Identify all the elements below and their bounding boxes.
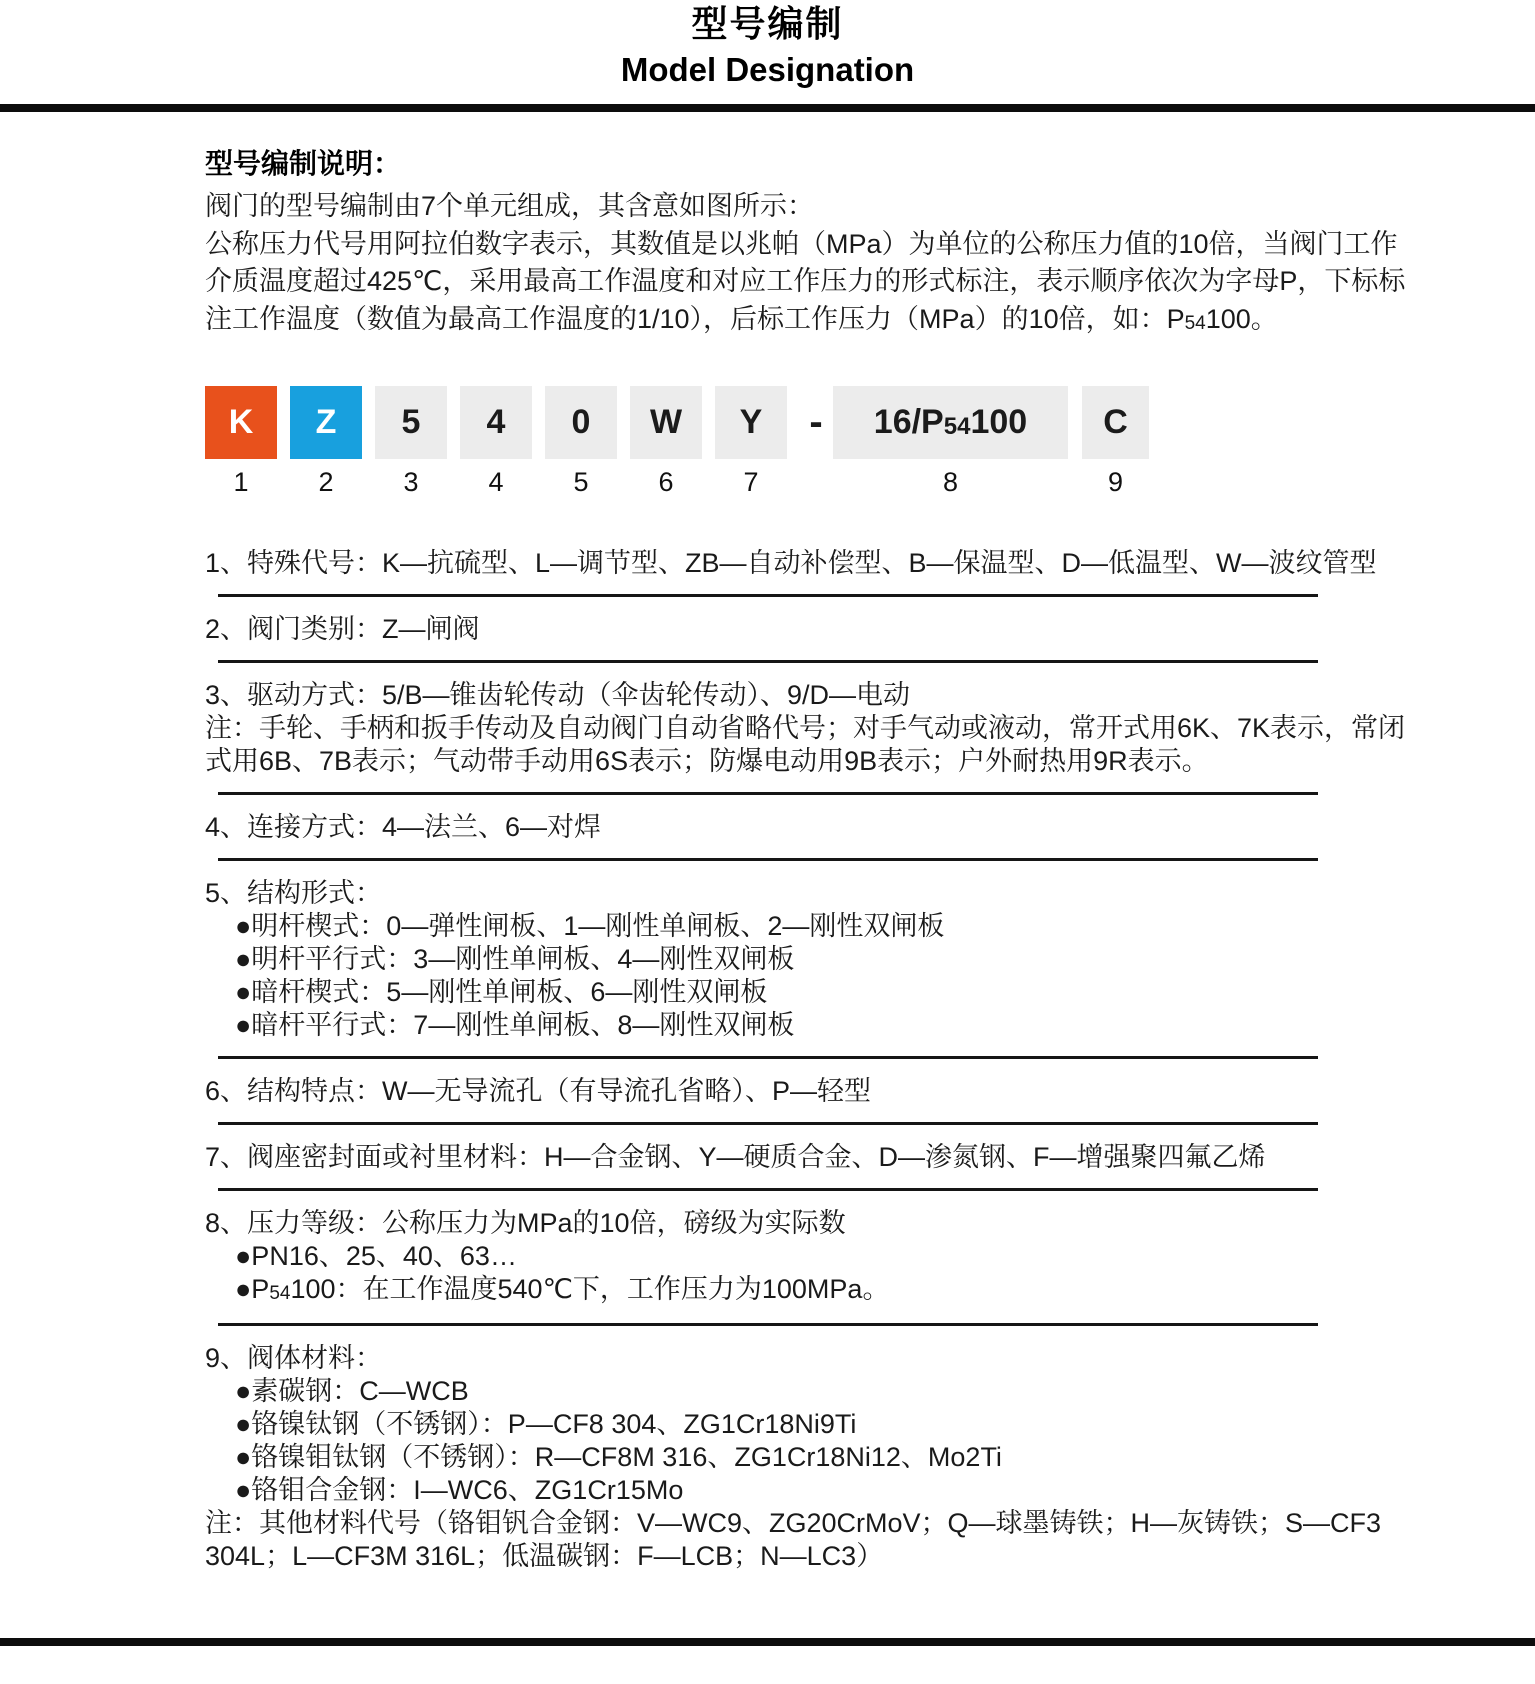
code-box-structure: 0 — [545, 386, 617, 459]
section-9-note-line-1: 注：其他材料代号（铬钼钒合金钢：V—WC9、ZG20CrMoV；Q—球墨铸铁；H… — [205, 1507, 1435, 1540]
intro-line-4-pre: 注工作温度（数值为最高工作温度的1/10），后标工作压力（MPa）的10倍，如：… — [205, 304, 1185, 334]
code-cell-7: Y 7 — [715, 386, 787, 499]
section-5-bullet-3: ●暗杆楔式：5—刚性单闸板、6—刚性双闸板 — [205, 976, 1435, 1009]
section-9-bullet-2: ●铬镍钛钢（不锈钢）：P—CF8 304、ZG1Cr18Ni9Ti — [205, 1408, 1435, 1441]
code-num-7: 7 — [743, 465, 758, 499]
code-box-body-material: C — [1082, 386, 1149, 459]
code-box-valve-type: Z — [290, 386, 362, 459]
section-9-body-material: 9、阀体材料： ●素碳钢：C—WCB ●铬镍钛钢（不锈钢）：P—CF8 304、… — [205, 1326, 1435, 1587]
section-3-line-1: 3、驱动方式：5/B—锥齿轮传动（伞齿轮传动）、9/D—电动 — [205, 679, 1435, 712]
section-8-pressure-rating: 8、压力等级：公称压力为MPa的10倍，磅级为实际数 ●PN16、25、40、6… — [205, 1191, 1435, 1323]
section-4-text: 4、连接方式：4—法兰、6—对焊 — [205, 811, 1435, 844]
code-cell-2: Z 2 — [290, 386, 362, 499]
intro-heading: 型号编制说明： — [205, 146, 1435, 182]
code-box-connection: 4 — [460, 386, 532, 459]
pressure-pre: 16/P — [874, 403, 944, 441]
section-6-text: 6、结构特点：W—无导流孔（有导流孔省略）、P—轻型 — [205, 1075, 1435, 1108]
code-num-2: 2 — [318, 465, 333, 499]
intro-line-1: 阀门的型号编制由7个单元组成，其含意如图所示： — [205, 188, 1435, 226]
code-box-feature: W — [630, 386, 702, 459]
section-1-text: 1、特殊代号：K—抗硫型、L—调节型、ZB—自动补偿型、B—保温型、D—低温型、… — [205, 547, 1435, 580]
section-4-connection: 4、连接方式：4—法兰、6—对焊 — [205, 795, 1435, 858]
section-9-bullet-3: ●铬镍钼钛钢（不锈钢）：R—CF8M 316、ZG1Cr18Ni12、Mo2Ti — [205, 1441, 1435, 1474]
section-8-bullet-2: ●P54100：在工作温度540℃下，工作压力为100MPa。 — [205, 1273, 1435, 1309]
section-7-text: 7、阀座密封面或衬里材料：H—合金钢、Y—硬质合金、D—渗氮钢、F—增强聚四氟乙… — [205, 1141, 1435, 1174]
section-6-feature: 6、结构特点：W—无导流孔（有导流孔省略）、P—轻型 — [205, 1059, 1435, 1122]
section-1-special-code: 1、特殊代号：K—抗硫型、L—调节型、ZB—自动补偿型、B—保温型、D—低温型、… — [205, 531, 1435, 594]
section-3-line-2: 注：手轮、手柄和扳手传动及自动阀门自动省略代号；对手气动或液动，常开式用6K、7… — [205, 712, 1435, 745]
footer-rule — [0, 1638, 1535, 1646]
code-cell-5: 0 5 — [545, 386, 617, 499]
code-cell-4: 4 4 — [460, 386, 532, 499]
code-box-special: K — [205, 386, 277, 459]
section-8-bullet-2-pre: ●P — [235, 1274, 269, 1304]
code-separator-dash: - — [809, 386, 822, 459]
section-8-bullet-1: ●PN16、25、40、63… — [205, 1240, 1435, 1273]
section-8-bullet-2-subscript: 54 — [269, 1283, 290, 1304]
code-box-seal-material: Y — [715, 386, 787, 459]
section-5-bullet-4: ●暗杆平行式：7—刚性单闸板、8—刚性双闸板 — [205, 1009, 1435, 1042]
pressure-post: 100 — [970, 403, 1027, 441]
section-8-bullet-2-post: 100：在工作温度540℃下，工作压力为100MPa。 — [290, 1274, 889, 1304]
code-num-1: 1 — [233, 465, 248, 499]
code-num-9: 9 — [1108, 465, 1123, 499]
code-cell-8: 16/P54100 8 — [833, 386, 1068, 499]
code-num-8: 8 — [943, 465, 958, 499]
code-box-pressure: 16/P54100 — [833, 386, 1068, 459]
code-num-4: 4 — [488, 465, 503, 499]
section-3-line-3: 式用6B、7B表示；气动带手动用6S表示；防爆电动用9B表示；户外耐热用9R表示… — [205, 745, 1435, 778]
header-rule — [0, 104, 1535, 112]
page-title-en: Model Designation — [0, 48, 1535, 92]
code-num-3: 3 — [403, 465, 418, 499]
intro-line-3: 介质温度超过425℃，采用最高工作温度和对应工作压力的形式标注，表示顺序依次为字… — [205, 263, 1435, 301]
section-9-bullet-4: ●铬钼合金钢：I—WC6、ZG1Cr15Mo — [205, 1474, 1435, 1507]
code-cell-6: W 6 — [630, 386, 702, 499]
section-9-note-line-2: 304L；L—CF3M 316L；低温碳钢：F—LCB；N—LC3） — [205, 1540, 1435, 1573]
intro-line-4-subscript: 54 — [1185, 313, 1206, 334]
section-3-drive-mode: 3、驱动方式：5/B—锥齿轮传动（伞齿轮传动）、9/D—电动 注：手轮、手柄和扳… — [205, 663, 1435, 792]
intro-line-2: 公称压力代号用阿拉伯数字表示，其数值是以兆帕（MPa）为单位的公称压力值的10倍… — [205, 226, 1435, 264]
section-8-heading: 8、压力等级：公称压力为MPa的10倍，磅级为实际数 — [205, 1207, 1435, 1240]
code-separator-cell: - — [800, 386, 832, 459]
code-num-5: 5 — [573, 465, 588, 499]
section-9-heading: 9、阀体材料： — [205, 1342, 1435, 1375]
code-num-6: 6 — [658, 465, 673, 499]
section-5-structure: 5、结构形式： ●明杆楔式：0—弹性闸板、1—刚性单闸板、2—刚性双闸板 ●明杆… — [205, 861, 1435, 1056]
section-2-text: 2、阀门类别：Z—闸阀 — [205, 613, 1435, 646]
intro-line-4: 注工作温度（数值为最高工作温度的1/10），后标工作压力（MPa）的10倍，如：… — [205, 301, 1435, 342]
intro-paragraph: 阀门的型号编制由7个单元组成，其含意如图所示： 公称压力代号用阿拉伯数字表示，其… — [205, 188, 1435, 341]
code-cell-3: 5 3 — [375, 386, 447, 499]
code-cell-1: K 1 — [205, 386, 277, 499]
intro-line-4-post: 100。 — [1206, 304, 1278, 334]
section-5-bullet-1: ●明杆楔式：0—弹性闸板、1—刚性单闸板、2—刚性双闸板 — [205, 910, 1435, 943]
section-5-heading: 5、结构形式： — [205, 877, 1435, 910]
section-2-valve-type: 2、阀门类别：Z—闸阀 — [205, 597, 1435, 660]
section-9-bullet-1: ●素碳钢：C—WCB — [205, 1375, 1435, 1408]
model-code-diagram: K 1 Z 2 5 3 4 4 0 5 W 6 Y 7 - — [205, 386, 1435, 499]
pressure-subscript: 54 — [944, 413, 971, 440]
page-content: 型号编制说明： 阀门的型号编制由7个单元组成，其含意如图所示： 公称压力代号用阿… — [205, 146, 1435, 1587]
code-box-drive: 5 — [375, 386, 447, 459]
section-7-seal-material: 7、阀座密封面或衬里材料：H—合金钢、Y—硬质合金、D—渗氮钢、F—增强聚四氟乙… — [205, 1125, 1435, 1188]
page-title-zh: 型号编制 — [0, 0, 1535, 48]
code-cell-9: C 9 — [1082, 386, 1149, 499]
legend-sections: 1、特殊代号：K—抗硫型、L—调节型、ZB—自动补偿型、B—保温型、D—低温型、… — [205, 531, 1435, 1587]
section-5-bullet-2: ●明杆平行式：3—刚性单闸板、4—刚性双闸板 — [205, 943, 1435, 976]
